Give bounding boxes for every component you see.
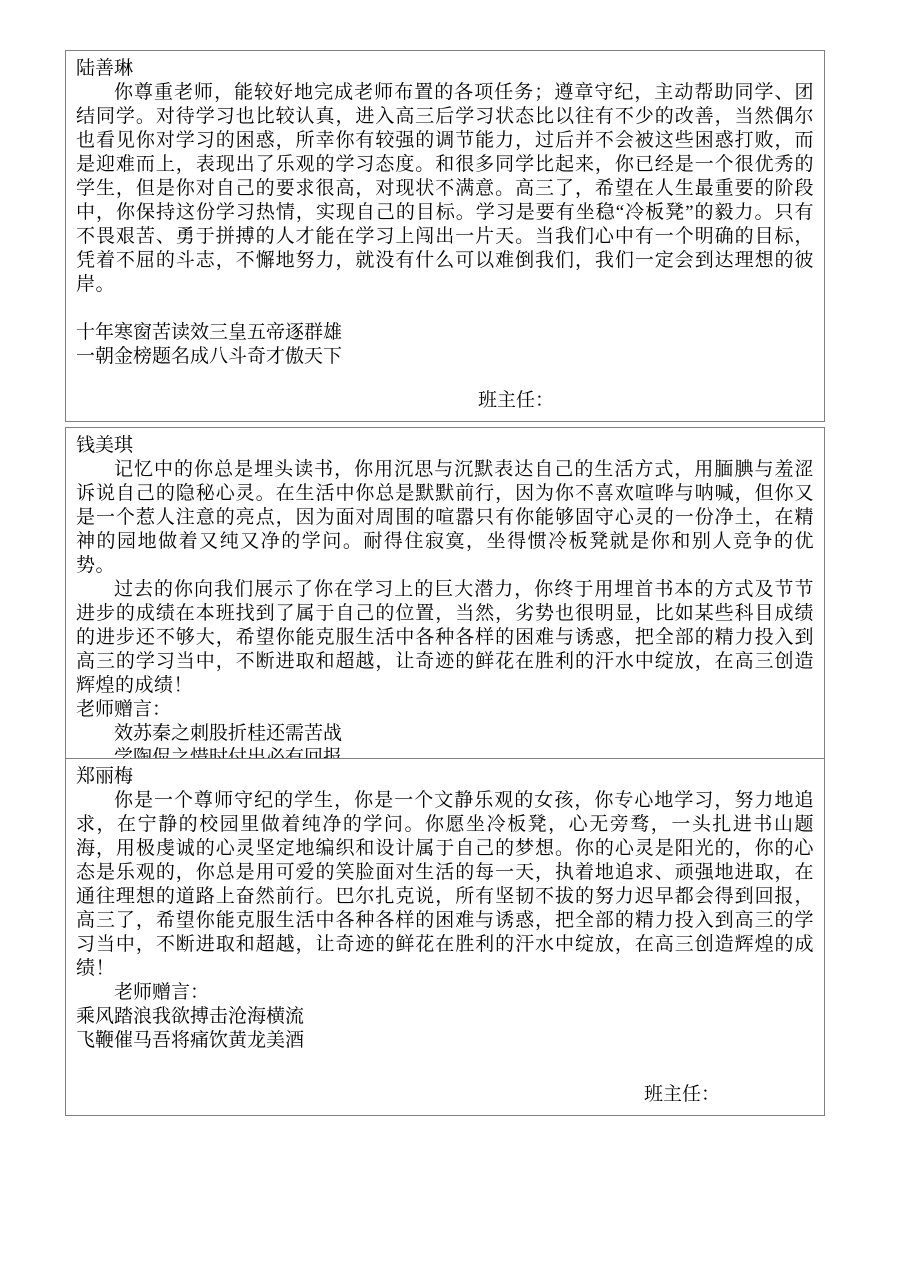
teacher-signature-label: 班主任： xyxy=(478,389,814,413)
couplet-line-2: 一朝金榜题名成八斗奇才傲天下 xyxy=(76,345,814,369)
comment-paragraph-2: 过去的你向我们展示了你在学习上的巨大潜力，你终于用埋首书本的方式及节节进步的成绩… xyxy=(76,578,814,698)
couplet-line-1: 十年寒窗苦读效三皇五帝逐群雄 xyxy=(76,321,814,345)
student-comment-card-2: 钱美琪 记忆中的你总是埋头读书，你用沉思与沉默表达自己的生活方式，用腼腆与羞涩诉… xyxy=(65,427,825,805)
comment-paragraph-1: 记忆中的你总是埋头读书，你用沉思与沉默表达自己的生活方式，用腼腆与羞涩诉说自己的… xyxy=(76,458,814,578)
couplet-line-1: 乘风踏浪我欲搏击沧海横流 xyxy=(76,1005,814,1029)
comment-paragraph: 你尊重老师，能较好地完成老师布置的各项任务；遵章守纪，主动帮助同学、团结同学。对… xyxy=(76,81,814,297)
student-comment-card-1: 陆善琳 你尊重老师，能较好地完成老师布置的各项任务；遵章守纪，主动帮助同学、团结… xyxy=(65,50,825,422)
teacher-motto-label: 老师赠言： xyxy=(76,698,814,722)
student-comment-card-3: 郑丽梅 你是一个尊师守纪的学生，你是一个文静乐观的女孩，你专心地学习，努力地追求… xyxy=(65,758,825,1116)
student-name: 陆善琳 xyxy=(76,56,814,81)
document-page: 陆善琳 你尊重老师，能较好地完成老师布置的各项任务；遵章守纪，主动帮助同学、团结… xyxy=(0,0,900,1286)
couplet-line-1: 效苏秦之刺股折桂还需苦战 xyxy=(76,722,814,746)
comment-paragraph: 你是一个尊师守纪的学生，你是一个文静乐观的女孩，你专心地学习，努力地追求，在宁静… xyxy=(76,789,814,981)
couplet-line-2: 飞鞭催马吾将痛饮黄龙美酒 xyxy=(76,1029,814,1053)
student-name: 钱美琪 xyxy=(76,433,814,458)
teacher-signature-label: 班主任： xyxy=(644,1083,814,1107)
blank-line xyxy=(76,297,814,321)
student-name: 郑丽梅 xyxy=(76,764,814,789)
teacher-motto-label: 老师赠言： xyxy=(76,981,814,1005)
